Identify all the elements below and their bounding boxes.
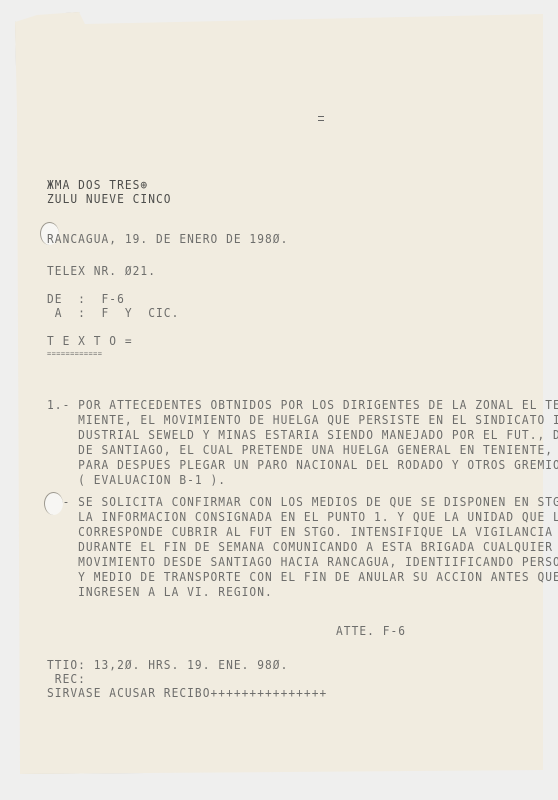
place-date: RANCAGUA, 19. DE ENERO DE 198Ø.	[47, 232, 288, 248]
paragraph-2-line: - SE SOLICITA CONFIRMAR CON LOS MEDIOS D…	[47, 495, 558, 511]
paragraph-1-line: ( EVALUACION B-1 ).	[47, 473, 226, 489]
to-line: A : F Y CIC.	[47, 306, 179, 322]
paragraph-2-line: MOVIMIENTO DESDE SANTIAGO HACIA RANCAGUA…	[47, 555, 558, 571]
top-mark	[318, 116, 324, 121]
signature: ATTE. F-6	[336, 624, 406, 640]
paragraph-1-line: PARA DESPUES PLEGAR UN PARO NACIONAL DEL…	[47, 458, 558, 474]
paragraph-1-line: DE SANTIAGO, EL CUAL PRETENDE UNA HUELGA…	[47, 443, 558, 459]
telex-number: TELEX NR. Ø21.	[47, 264, 156, 280]
paragraph-1-line: DUSTRIAL SEWELD Y MINAS ESTARIA SIENDO M…	[47, 428, 558, 444]
paragraph-1-line: 1.- POR ATTECEDENTES OBTNIDOS POR LOS DI…	[47, 398, 558, 414]
header-line-2: ZULU NUEVE CINCO	[47, 192, 172, 208]
paragraph-2-line: DURANTE EL FIN DE SEMANA COMUNICANDO A E…	[47, 540, 553, 556]
texto-underline: ============	[47, 346, 102, 362]
paragraph-2-line: INGRESEN A LA VI. REGION.	[47, 585, 273, 601]
paragraph-2-line: CORRESPONDE CUBRIR AL FUT EN STGO. INTEN…	[47, 525, 553, 541]
paragraph-2-line: LA INFORMACION CONSIGNADA EN EL PUNTO 1.…	[47, 510, 558, 526]
paragraph-2-line: Y MEDIO DE TRANSPORTE CON EL FIN DE ANUL…	[47, 570, 558, 586]
paragraph-1-line: MIENTE, EL MOVIMIENTO DE HUELGA QUE PERS…	[47, 413, 558, 429]
acknowledge-line: SIRVASE ACUSAR RECIBO+++++++++++++++	[47, 686, 327, 702]
